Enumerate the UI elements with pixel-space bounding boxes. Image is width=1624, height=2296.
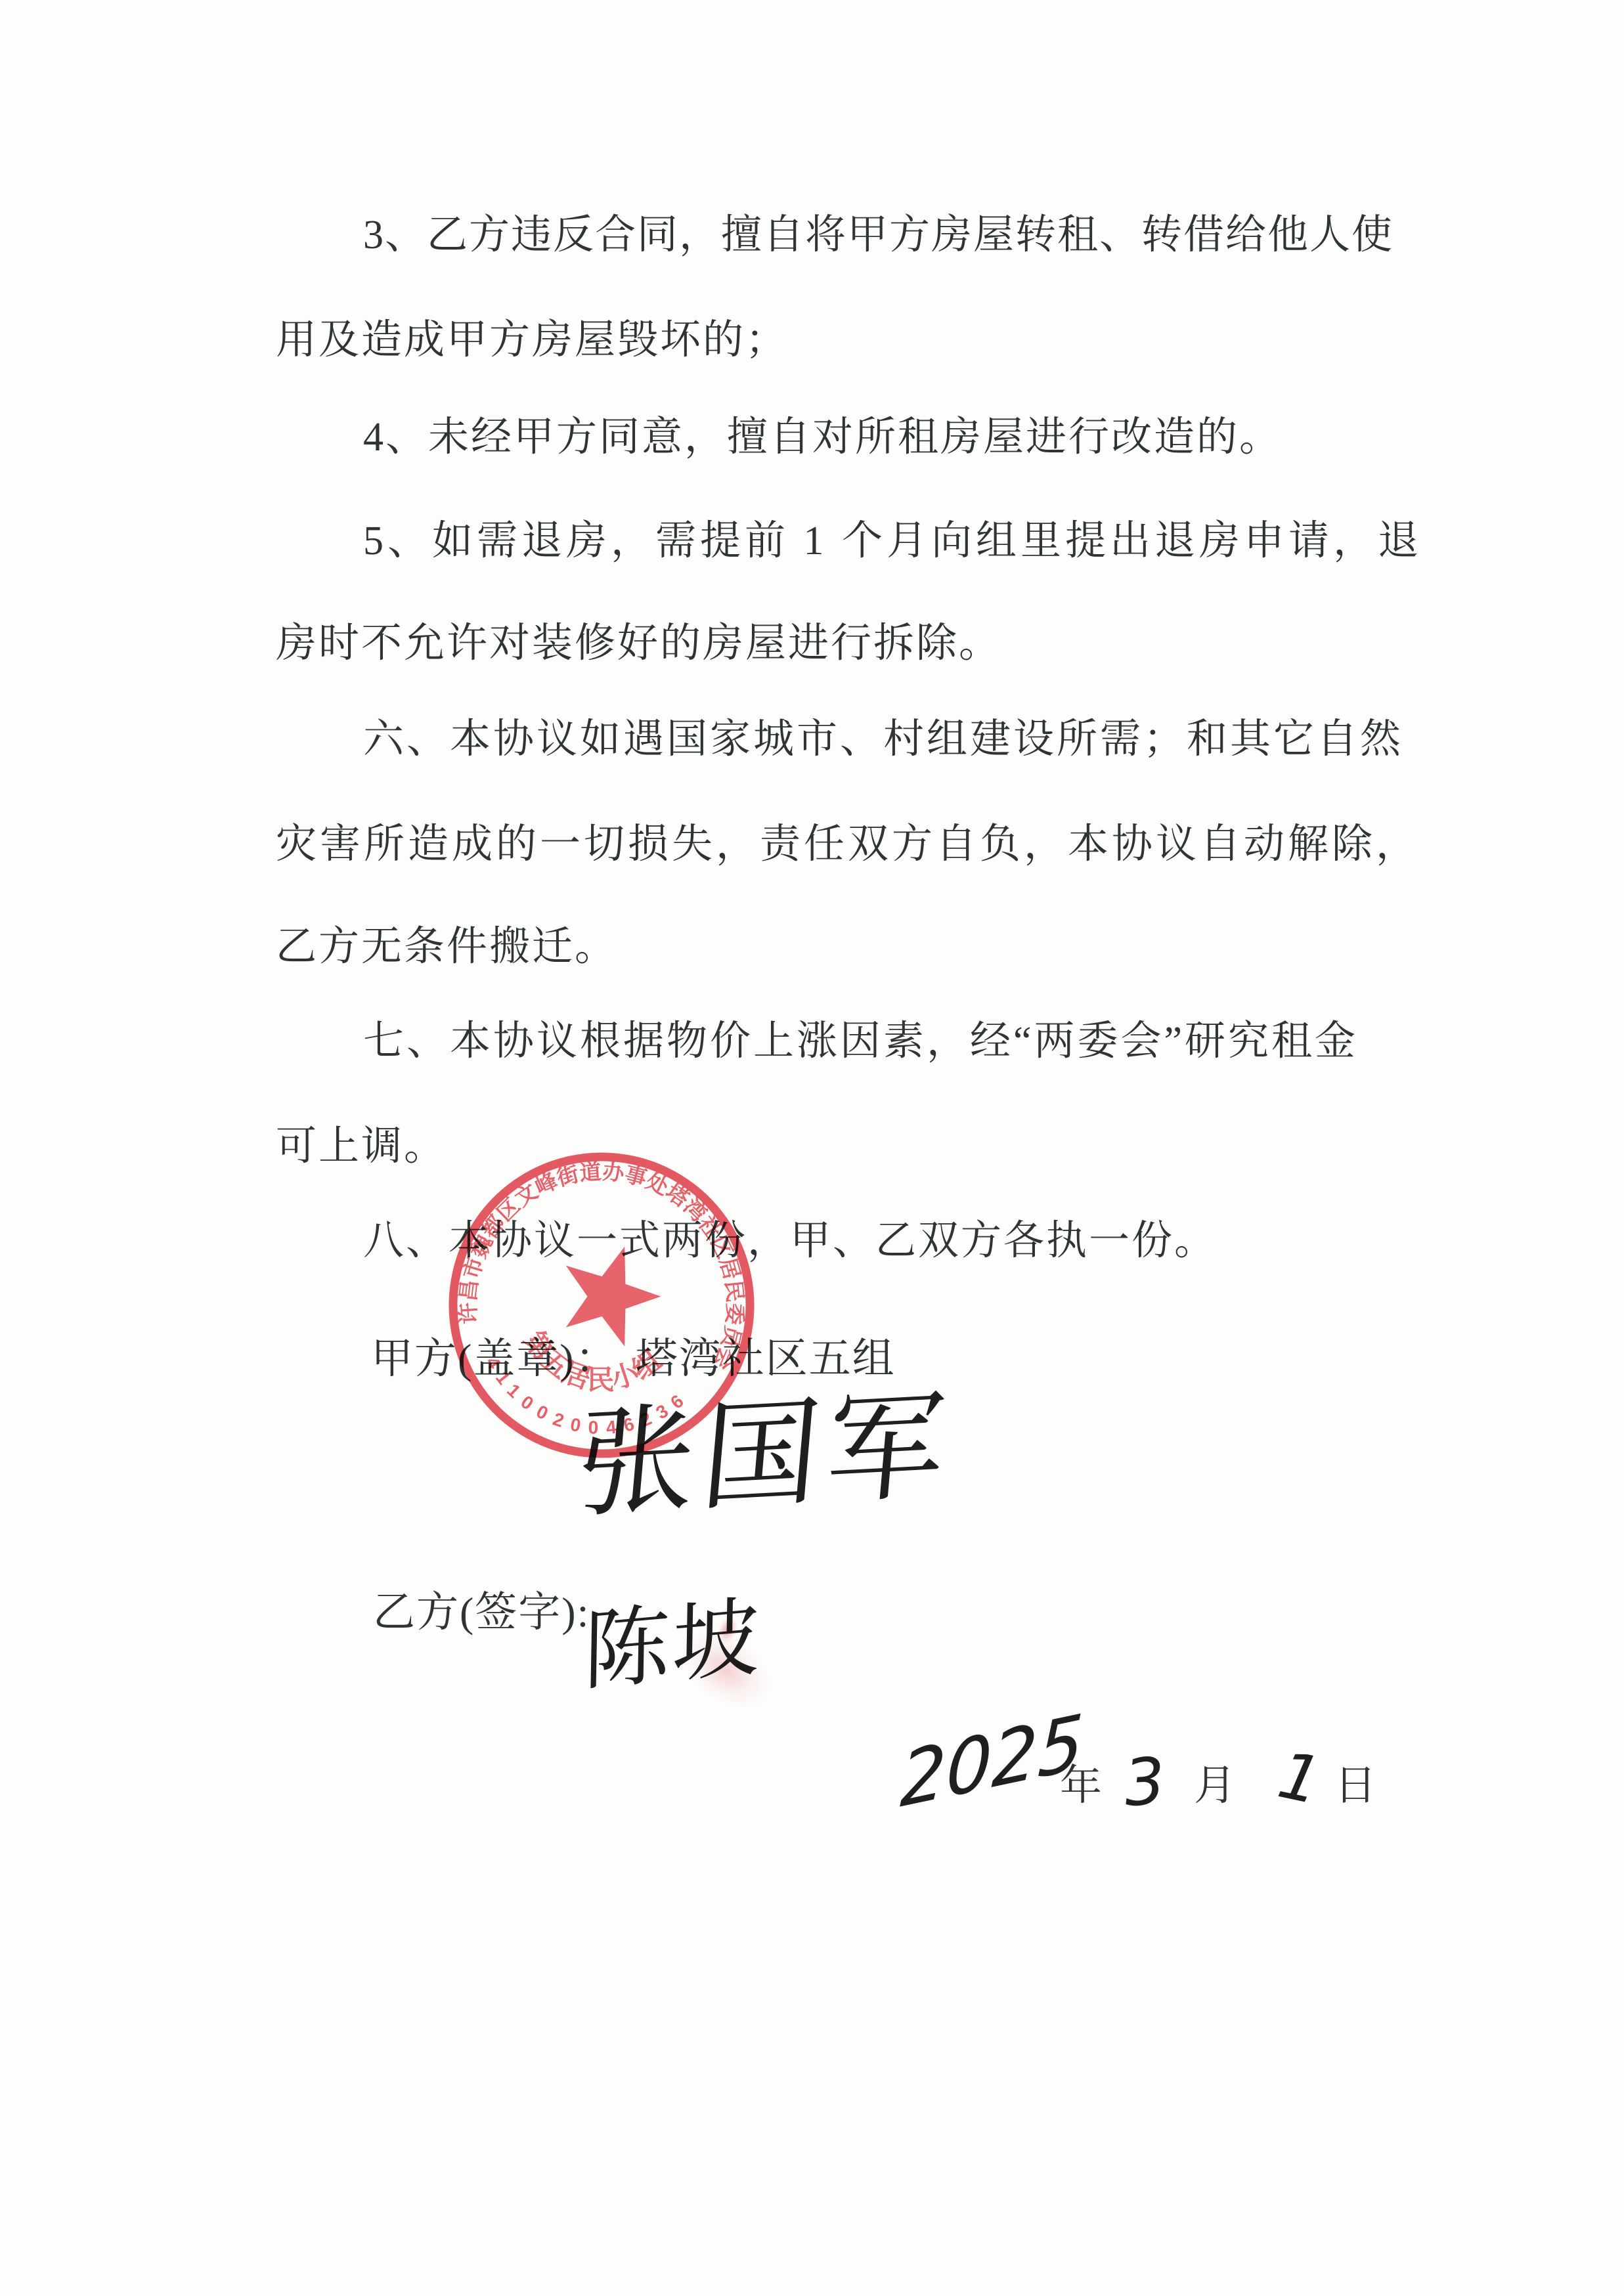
date-month-label: 月	[1194, 1752, 1236, 1812]
date-year-handwritten: 2025	[899, 1698, 1085, 1825]
party-a-signature-handwriting: 张国军	[571, 1350, 959, 1540]
seal-ring-text: 许昌市魏都区文峰街道办事处塔湾社区居民委员会	[450, 1136, 771, 1374]
date-day-label: 日	[1334, 1752, 1376, 1812]
contract-line: 房时不允许对装修好的房屋进行拆除。	[276, 610, 1001, 668]
party-b-line: 乙方(签字):	[373, 1578, 590, 1639]
contract-line: 乙方无条件搬迁。	[276, 913, 617, 972]
contract-line: 灾害所造成的一切损失，责任双方自负，本协议自动解除，	[276, 811, 1420, 869]
svg-text:许昌市魏都区文峰街道办事处塔湾社区居民委员会: 许昌市魏都区文峰街道办事处塔湾社区居民委员会	[450, 1136, 771, 1374]
contract-line: 可上调。	[276, 1113, 447, 1171]
contract-line: 七、本协议根据物价上涨因素，经“两委会”研究租金	[363, 1008, 1358, 1066]
contract-line: 5、如需退房，需提前 1 个月向组里提出退房申请，退	[363, 508, 1422, 566]
date-month-handwritten: 3	[1122, 1744, 1168, 1821]
contract-line: 3、乙方违反合同，擅自将甲方房屋转租、转借给他人使	[363, 202, 1394, 260]
contract-line: 4、未经甲方同意，擅自对所租房屋进行改造的。	[363, 404, 1282, 462]
seal-star-icon	[548, 1231, 672, 1353]
contract-line: 用及造成甲方房屋毁坏的；	[276, 307, 788, 365]
contract-line: 六、本协议如遇国家城市、村组建设所需；和其它自然	[363, 706, 1403, 764]
document-page: 3、乙方违反合同，擅自将甲方房屋转租、转借给他人使 用及造成甲方房屋毁坏的； 4…	[0, 0, 1624, 2296]
party-b-label: 乙方(签字):	[373, 1589, 590, 1635]
date-day-handwritten: 1	[1272, 1738, 1328, 1819]
party-b-signature-handwriting: 陈坡	[582, 1567, 762, 1708]
